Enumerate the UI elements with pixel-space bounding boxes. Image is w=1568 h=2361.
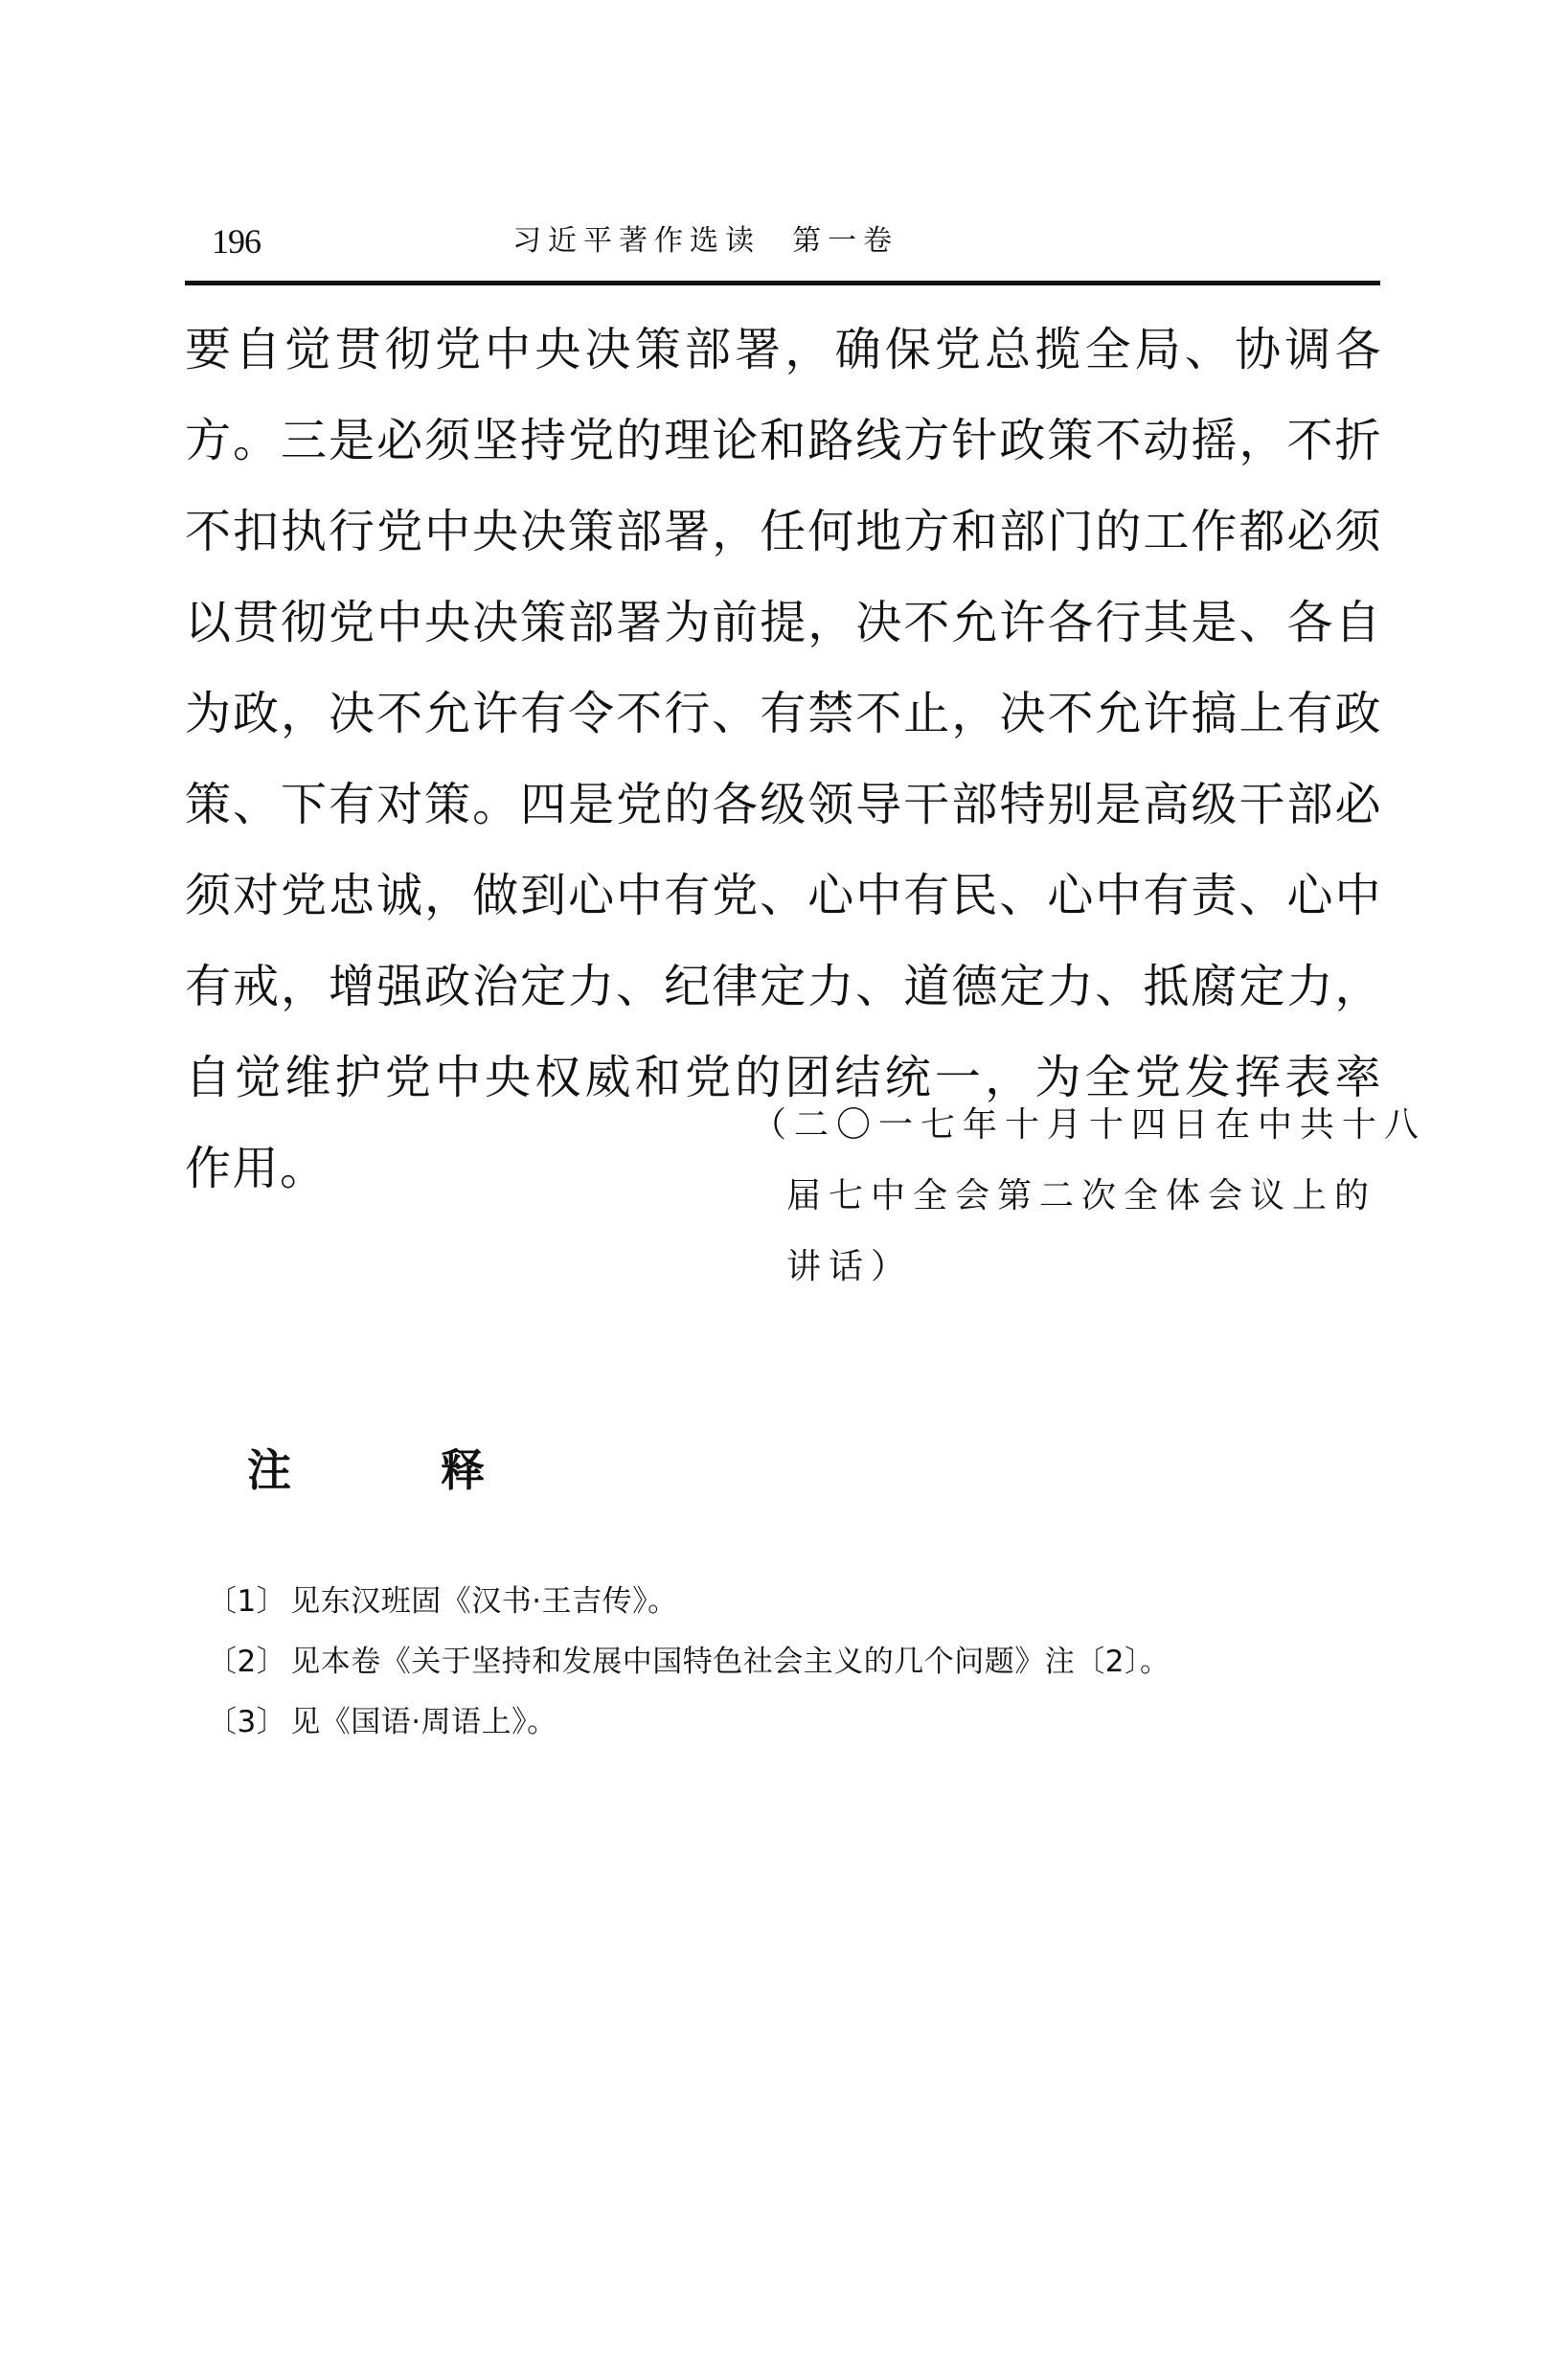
book-title: 习近平著作选读 第一卷 — [512, 220, 898, 262]
page-number: 196 — [212, 220, 261, 262]
body-line: 方。三是必须坚持党的理论和路线方针政策不动摇，不折 — [185, 412, 1382, 503]
note-text: 见《国语·周语上》。 — [290, 1705, 557, 1739]
body-line: 为政，决不允许有令不行、有禁不止，决不允许搞上有政 — [185, 685, 1382, 776]
notes-list: 〔1〕见东汉班固《汉书·王吉传》。 〔2〕见本卷《关于坚持和发展中国特色社会主义… — [207, 1580, 1404, 1761]
note-text: 见本卷《关于坚持和发展中国特色社会主义的几个问题》注〔2〕。 — [290, 1645, 1170, 1679]
note-item: 〔2〕见本卷《关于坚持和发展中国特色社会主义的几个问题》注〔2〕。 — [207, 1641, 1404, 1701]
running-header: 196 习近平著作选读 第一卷 — [185, 216, 1382, 274]
body-line: 要自觉贯彻党中央决策部署，确保党总揽全局、协调各 — [185, 321, 1382, 412]
book-page: 196 习近平著作选读 第一卷 要自觉贯彻党中央决策部署，确保党总揽全局、协调各… — [0, 0, 1568, 2361]
note-item: 〔3〕见《国语·周语上》。 — [207, 1701, 1404, 1761]
note-item: 〔1〕见东汉班固《汉书·王吉传》。 — [207, 1580, 1404, 1641]
note-marker: 〔1〕 — [207, 1584, 286, 1619]
source-line: 讲话） — [752, 1243, 1384, 1314]
body-line: 须对党忠诚，做到心中有党、心中有民、心中有责、心中 — [185, 867, 1382, 958]
notes-heading: 注 释 — [247, 1442, 552, 1499]
body-line: 不扣执行党中央决策部署，任何地方和部门的工作都必须 — [185, 503, 1382, 594]
note-marker: 〔3〕 — [207, 1705, 286, 1739]
note-text: 见东汉班固《汉书·王吉传》。 — [290, 1584, 677, 1619]
source-line: （二〇一七年十月十四日在中共十八 — [752, 1101, 1384, 1172]
source-line: 届七中全会第二次全体会议上的 — [752, 1172, 1384, 1243]
body-paragraph: 要自觉贯彻党中央决策部署，确保党总揽全局、协调各 方。三是必须坚持党的理论和路线… — [185, 321, 1382, 1231]
source-attribution: （二〇一七年十月十四日在中共十八 届七中全会第二次全体会议上的 讲话） — [752, 1101, 1384, 1314]
body-line: 有戒，增强政治定力、纪律定力、道德定力、抵腐定力， — [185, 958, 1382, 1049]
body-line: 策、下有对策。四是党的各级领导干部特别是高级干部必 — [185, 776, 1382, 867]
note-marker: 〔2〕 — [207, 1645, 286, 1679]
header-rule — [185, 281, 1380, 285]
body-line: 以贯彻党中央决策部署为前提，决不允许各行其是、各自 — [185, 594, 1382, 685]
